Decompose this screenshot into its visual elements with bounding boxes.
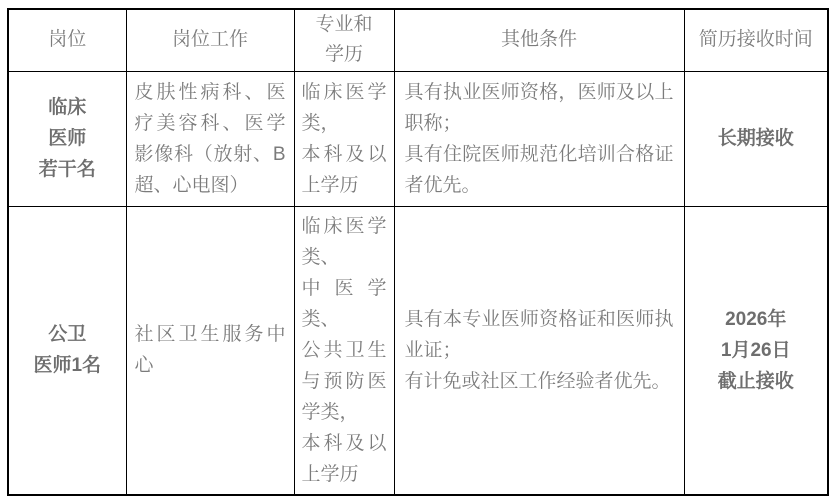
header-major-education: 专业和 学历	[294, 9, 394, 71]
cell-resume-time: 2026年 1月26日 截止接收	[684, 206, 828, 495]
header-resume-time: 简历接收时间	[684, 9, 828, 71]
cell-other-conditions: 具有本专业医师资格证和医师执业证； 有计免或社区工作经验者优先。	[394, 206, 684, 495]
header-other-conditions: 其他条件	[394, 9, 684, 71]
header-duties: 岗位工作	[126, 9, 294, 71]
table-row: 公卫 医师1名 社区卫生服务中心 临床医学类、 中医学类、 公共卫生与预防医学类…	[8, 206, 828, 495]
cell-other-conditions: 具有执业医师资格，医师及以上职称； 具有住院医师规范化培训合格证者优先。	[394, 71, 684, 206]
cell-duties: 社区卫生服务中心	[126, 206, 294, 495]
cell-major-education: 临床医学类， 本科及以上学历	[294, 71, 394, 206]
cell-position: 临床 医师 若干名	[8, 71, 126, 206]
cell-position: 公卫 医师1名	[8, 206, 126, 495]
cell-duties: 皮肤性病科、医疗美容科、医学影像科（放射、B超、心电图）	[126, 71, 294, 206]
table-header-row: 岗位 岗位工作 专业和 学历 其他条件 简历接收时间	[8, 9, 828, 71]
cell-resume-time: 长期接收	[684, 71, 828, 206]
recruitment-table: 岗位 岗位工作 专业和 学历 其他条件 简历接收时间 临床 医师 若干名 皮肤性…	[7, 8, 829, 496]
header-position: 岗位	[8, 9, 126, 71]
table-row: 临床 医师 若干名 皮肤性病科、医疗美容科、医学影像科（放射、B超、心电图） 临…	[8, 71, 828, 206]
cell-major-education: 临床医学类、 中医学类、 公共卫生与预防医学类， 本科及以上学历	[294, 206, 394, 495]
